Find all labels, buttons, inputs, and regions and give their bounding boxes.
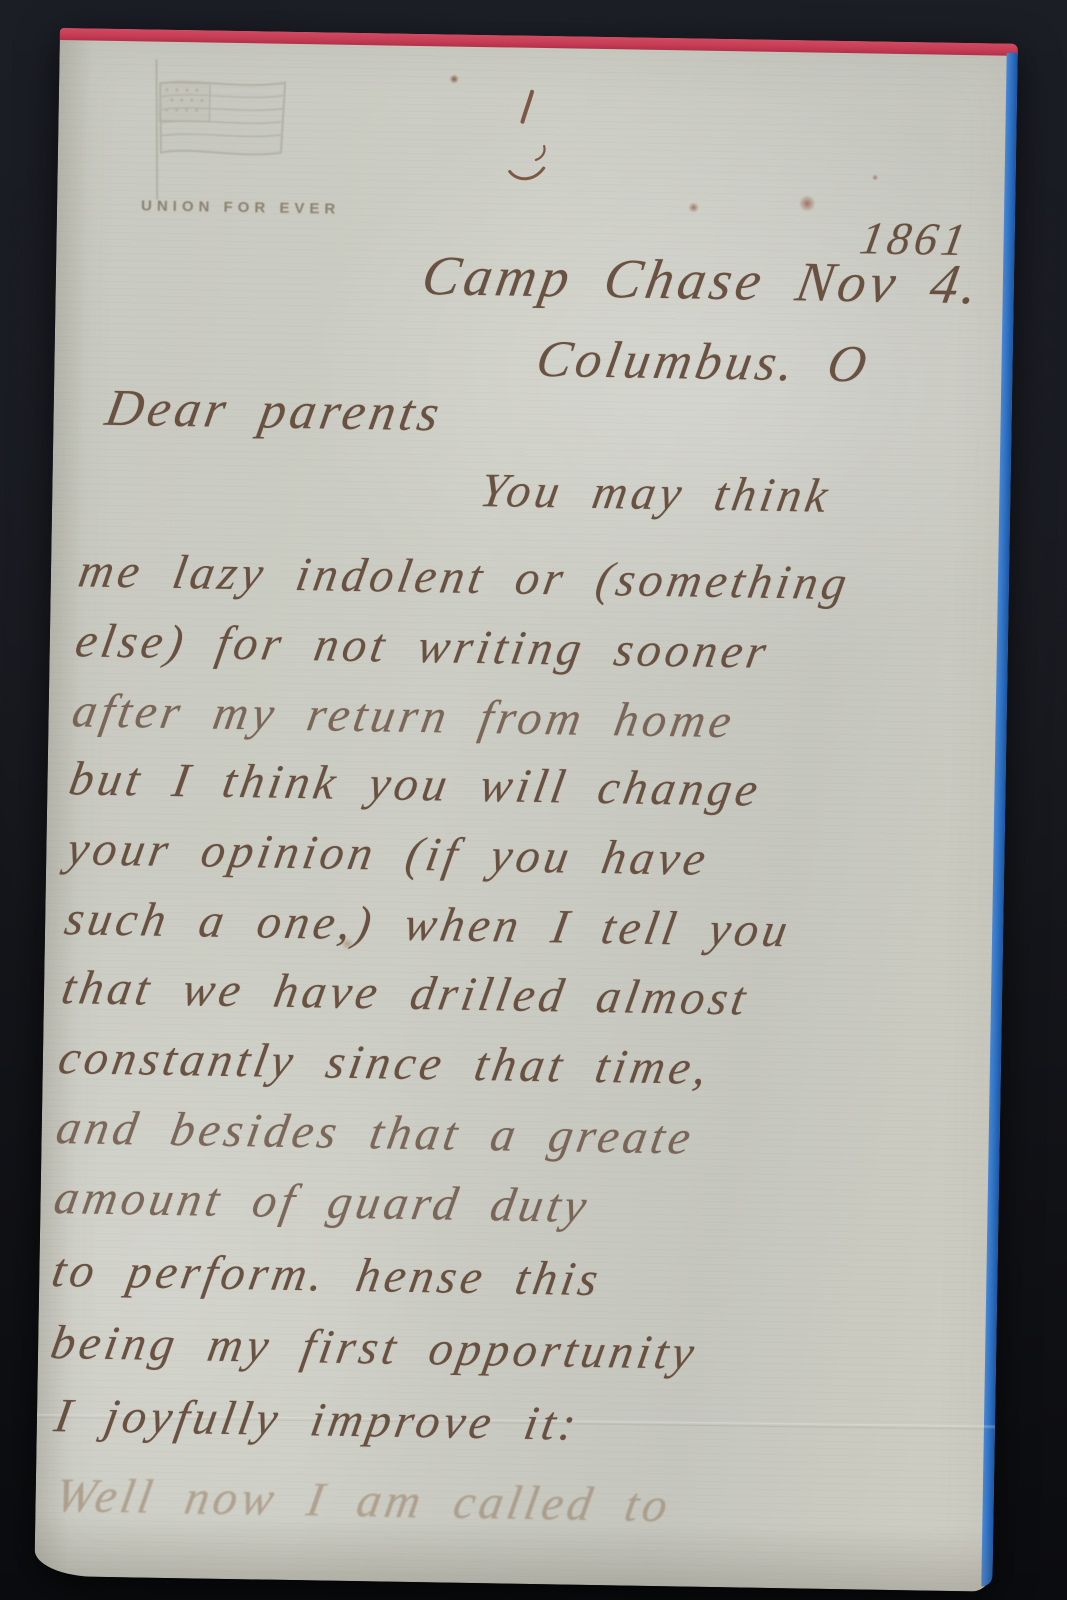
- handwriting-line: amount of guard duty: [50, 1170, 594, 1234]
- handwriting-line: and besides that a greate: [52, 1100, 698, 1165]
- handwriting-line: but I think you will change: [65, 751, 766, 817]
- handwriting-line: after my return from home: [68, 683, 739, 749]
- age-spot: [872, 174, 879, 180]
- blue-border-stripe: [981, 53, 1017, 1587]
- age-spot: [449, 74, 459, 83]
- ink-blot-mark: [497, 87, 563, 208]
- handwriting-line: that we have drilled almost: [58, 960, 754, 1026]
- union-flag-emboss-icon: [143, 53, 305, 206]
- handwriting-line: to perform. hense this: [48, 1243, 606, 1307]
- letter-page: UNION FOR EVER 1861 Camp Chase Nov 4. Co…: [34, 28, 1018, 1592]
- age-spot: [688, 202, 699, 212]
- letter-dateline: Camp Chase Nov 4.: [417, 244, 986, 317]
- handwriting-line: constantly since that time,: [54, 1030, 715, 1096]
- union-forever-motto: UNION FOR EVER: [141, 197, 340, 217]
- handwriting-line: being my first opportunity: [47, 1315, 703, 1381]
- handwriting-line: such a one,) when I tell you: [61, 891, 796, 958]
- age-spot: [798, 195, 816, 211]
- letter-salutation: Dear parents: [101, 379, 447, 443]
- photo-background: UNION FOR EVER 1861 Camp Chase Nov 4. Co…: [0, 0, 1067, 1600]
- handwriting-line: Well now I am called to: [51, 1468, 675, 1533]
- letterhead: UNION FOR EVER: [136, 51, 379, 265]
- handwriting-line: your opinion (if you have: [63, 821, 714, 886]
- handwriting-line: me lazy indolent or (something: [75, 543, 855, 611]
- handwriting-line: You may think: [476, 463, 836, 524]
- handwriting-line: I joyfully improve it:: [51, 1388, 585, 1452]
- handwriting-line: else) for not writing sooner: [71, 613, 774, 679]
- letter-place: Columbus. O: [532, 330, 875, 394]
